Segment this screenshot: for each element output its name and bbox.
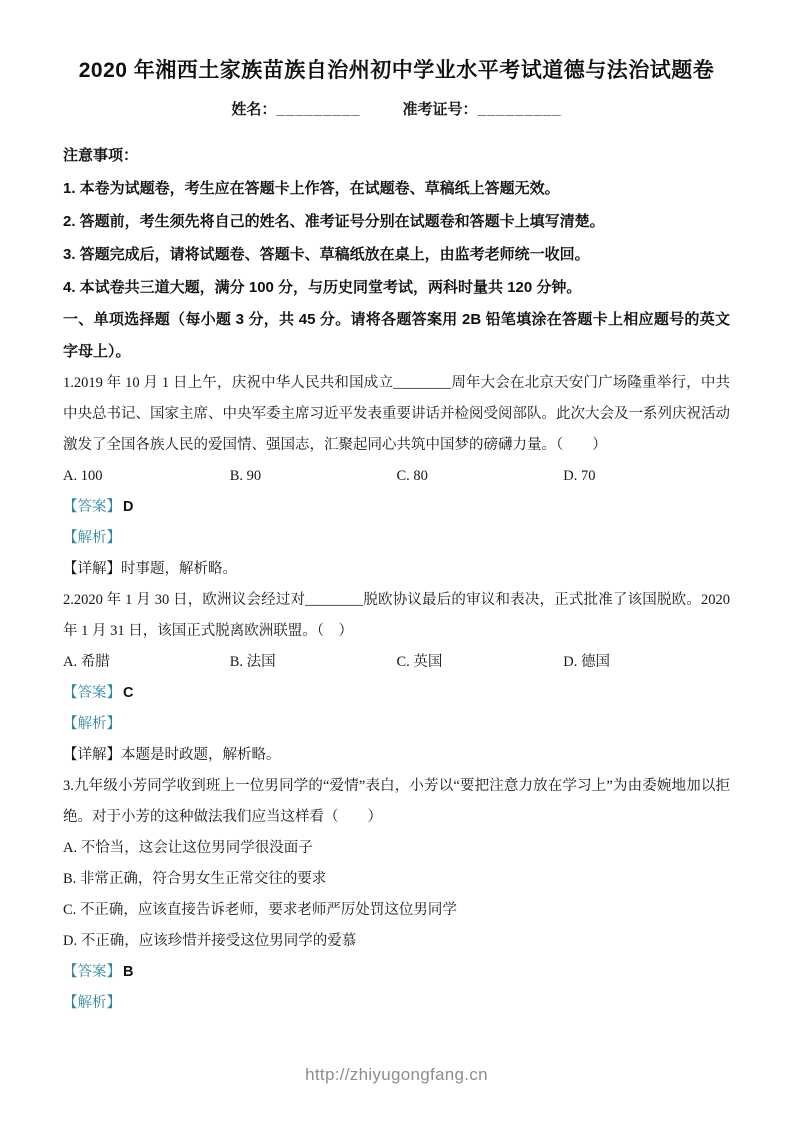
notice-item-1: 1. 本卷为试题卷，考生应在答题卡上作答，在试题卷、草稿纸上答题无效。: [63, 172, 730, 205]
option-b: B. 非常正确，符合男女生正常交往的要求: [63, 864, 730, 895]
answer-value: D: [123, 499, 133, 515]
analysis-label: 【解析】: [63, 716, 121, 732]
answer-label: 【答案】: [63, 964, 121, 980]
analysis-label: 【解析】: [63, 995, 121, 1011]
option-b: B. 90: [230, 461, 397, 492]
question-3-answer-line: 【答案】B: [63, 957, 730, 988]
question-2-answer-line: 【答案】C: [63, 678, 730, 709]
question-1-options-row: A. 100 B. 90 C. 80 D. 70: [63, 461, 730, 492]
option-a: A. 100: [63, 461, 230, 492]
question-3-options-list: A. 不恰当，这会让这位男同学很没面子 B. 非常正确，符合男女生正常交往的要求…: [63, 833, 730, 957]
option-c: C. 80: [397, 461, 564, 492]
answer-value: B: [123, 964, 133, 980]
analysis-label: 【解析】: [63, 530, 121, 546]
name-label: 姓名：: [231, 101, 276, 118]
document-content: 2020 年湘西土家族苗族自治州初中学业水平考试道德与法治试题卷 姓名：____…: [0, 0, 793, 1019]
page-title: 2020 年湘西土家族苗族自治州初中学业水平考试道德与法治试题卷: [63, 56, 730, 86]
option-a: A. 希腊: [63, 647, 230, 678]
option-d: D. 德国: [563, 647, 730, 678]
question-3-analysis-line: 【解析】: [63, 988, 730, 1019]
option-c: C. 英国: [397, 647, 564, 678]
question-1-detail-line: 【详解】时事题，解析略。: [63, 554, 730, 585]
notice-heading: 注意事项：: [63, 139, 730, 172]
section-heading: 一、单项选择题（每小题 3 分，共 45 分。请将各题答案用 2B 铅笔填涂在答…: [63, 304, 730, 368]
ticket-number-label: 准考证号：: [403, 101, 478, 118]
answer-label: 【答案】: [63, 499, 121, 515]
detail-text: 时事题，解析略。: [121, 561, 237, 577]
option-c: C. 不正确，应该直接告诉老师，要求老师严厉处罚这位男同学: [63, 895, 730, 926]
question-2-options-row: A. 希腊 B. 法国 C. 英国 D. 德国: [63, 647, 730, 678]
notice-item-2: 2. 答题前，考生须先将自己的姓名、准考证号分别在试题卷和答题卡上填写清楚。: [63, 205, 730, 238]
question-3-stem: 3.九年级小芳同学收到班上一位男同学的“爱情”表白，小芳以“要把注意力放在学习上…: [63, 771, 730, 833]
option-a: A. 不恰当，这会让这位男同学很没面子: [63, 833, 730, 864]
question-2-analysis-line: 【解析】: [63, 709, 730, 740]
detail-text: 本题是时政题，解析略。: [121, 747, 281, 763]
ticket-number-blank-field: _________: [478, 101, 562, 118]
answer-value: C: [123, 685, 133, 701]
detail-label: 【详解】: [63, 561, 121, 577]
option-d: D. 70: [563, 461, 730, 492]
candidate-info-line: 姓名：_________准考证号：_________: [63, 99, 730, 121]
footer-url: http://zhiyugongfang.cn: [0, 1064, 793, 1086]
option-b: B. 法国: [230, 647, 397, 678]
question-1-analysis-line: 【解析】: [63, 523, 730, 554]
question-1-answer-line: 【答案】D: [63, 492, 730, 523]
question-2-stem: 2.2020 年 1 月 30 日，欧洲议会经过对________脱欧协议最后的…: [63, 585, 730, 647]
answer-label: 【答案】: [63, 685, 121, 701]
option-d: D. 不正确，应该珍惜并接受这位男同学的爱慕: [63, 926, 730, 957]
exam-document-page: 2020 年湘西土家族苗族自治州初中学业水平考试道德与法治试题卷 姓名：____…: [0, 0, 793, 1122]
detail-label: 【详解】: [63, 747, 121, 763]
notice-item-3: 3. 答题完成后，请将试题卷、答题卡、草稿纸放在桌上，由监考老师统一收回。: [63, 238, 730, 271]
notice-item-4: 4. 本试卷共三道大题，满分 100 分，与历史同堂考试，两科时量共 120 分…: [63, 271, 730, 304]
name-blank-field: _________: [276, 101, 360, 118]
question-2-detail-line: 【详解】本题是时政题，解析略。: [63, 740, 730, 771]
question-1-stem: 1.2019 年 10 月 1 日上午，庆祝中华人民共和国成立________周…: [63, 368, 730, 461]
